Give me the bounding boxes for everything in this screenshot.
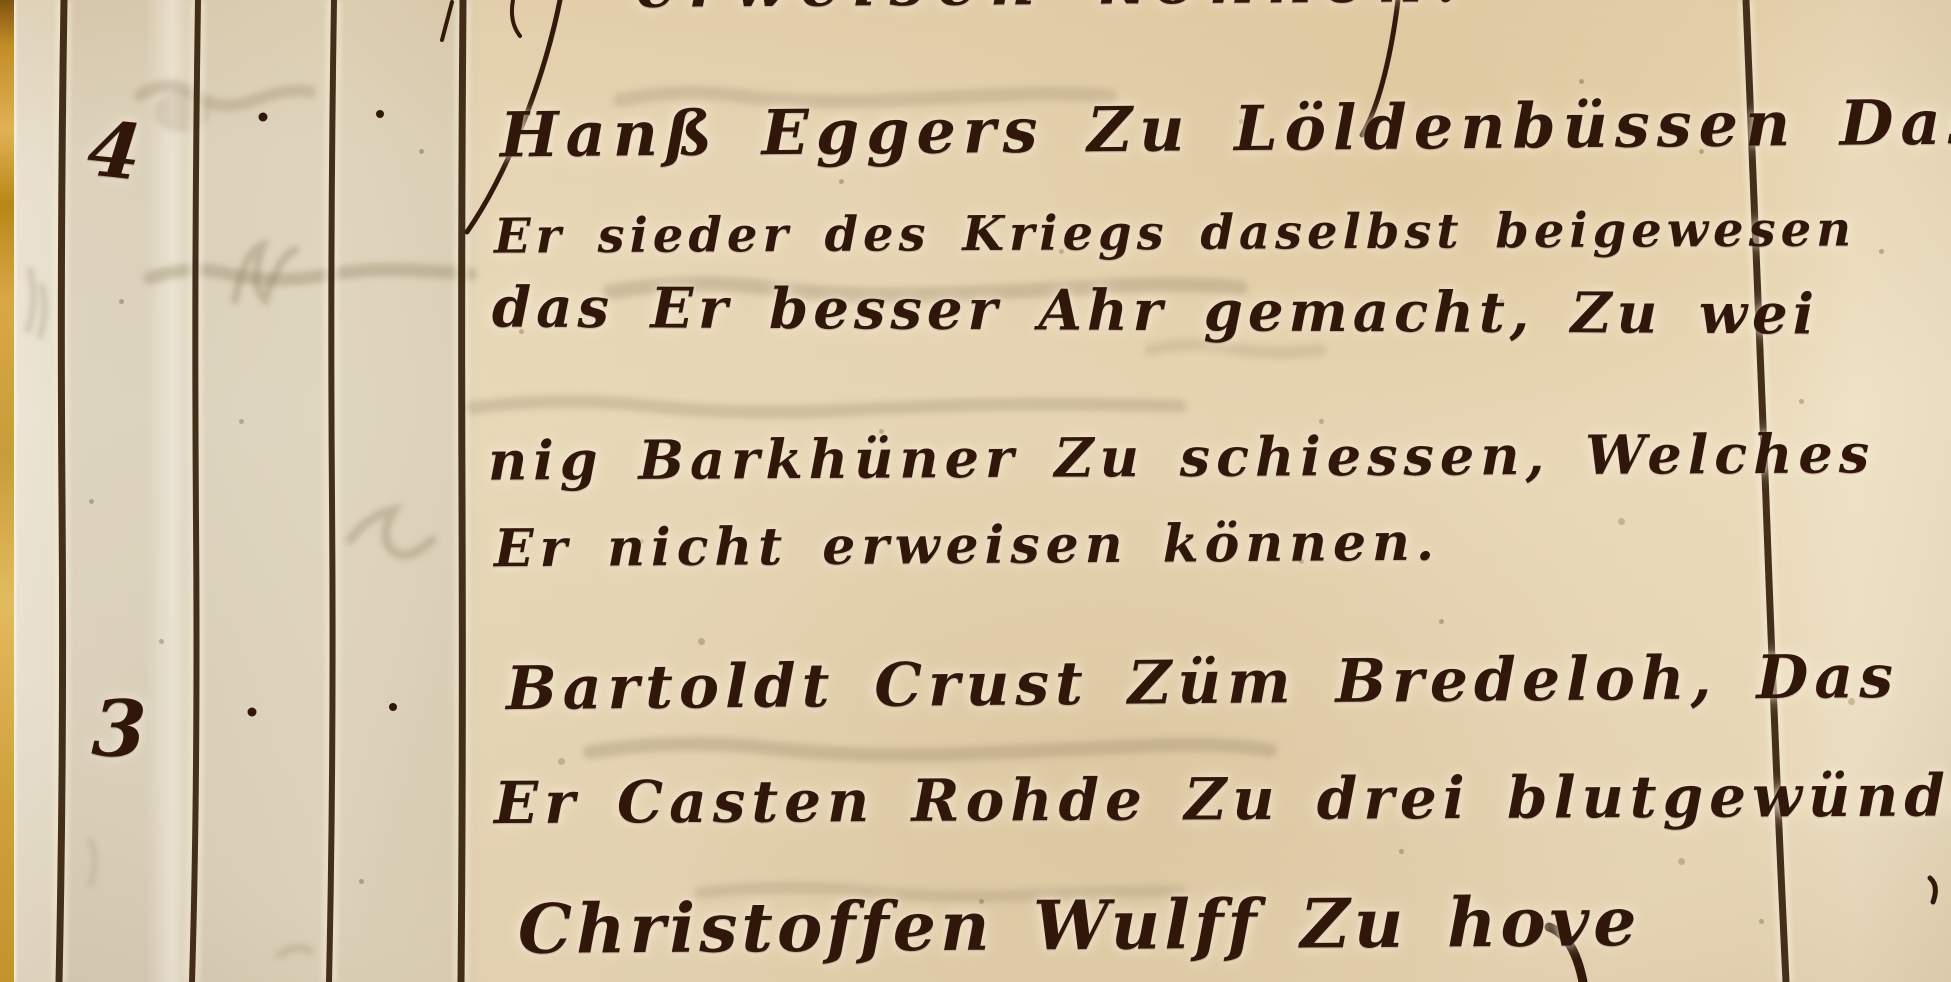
margin-entry-number: 3 [90, 683, 147, 776]
manuscript-text-line: Er nicht erweisen können. [494, 512, 1440, 580]
column-rule [59, 0, 64, 982]
ink-dot [259, 113, 268, 122]
manuscript-text-line: Hanß Eggers Zu Löldenbüssen Das [500, 86, 1951, 172]
ink-dot [389, 703, 397, 711]
ink-dots [248, 110, 398, 717]
manuscript-page-photo: 4 3 erweisen können. Hanß Eggers Zu Löld… [0, 0, 1951, 982]
manuscript-text-line: nig Barkhüner Zu schiessen, Welches [488, 421, 1875, 492]
manuscript-text-line: Er Casten Rohde Zu drei blutgewündet. [494, 761, 1951, 837]
ink-dot [248, 708, 257, 717]
manuscript-text-line-bottom-partial: Christoffen Wulff Zu hove [518, 882, 1641, 970]
column-rule [461, 0, 463, 982]
margin-entry-number: 4 [83, 103, 145, 197]
column-rule [329, 0, 334, 982]
ink-dot [376, 110, 384, 118]
manuscript-text-line: das Er besser Ahr gemacht, Zu wei [492, 275, 1819, 348]
manuscript-text-line: Bartoldt Crust Züm Bredeloh, Das [506, 642, 1900, 724]
manuscript-text-line: Er sieder des Kriegs daselbst beigewesen [494, 201, 1856, 264]
